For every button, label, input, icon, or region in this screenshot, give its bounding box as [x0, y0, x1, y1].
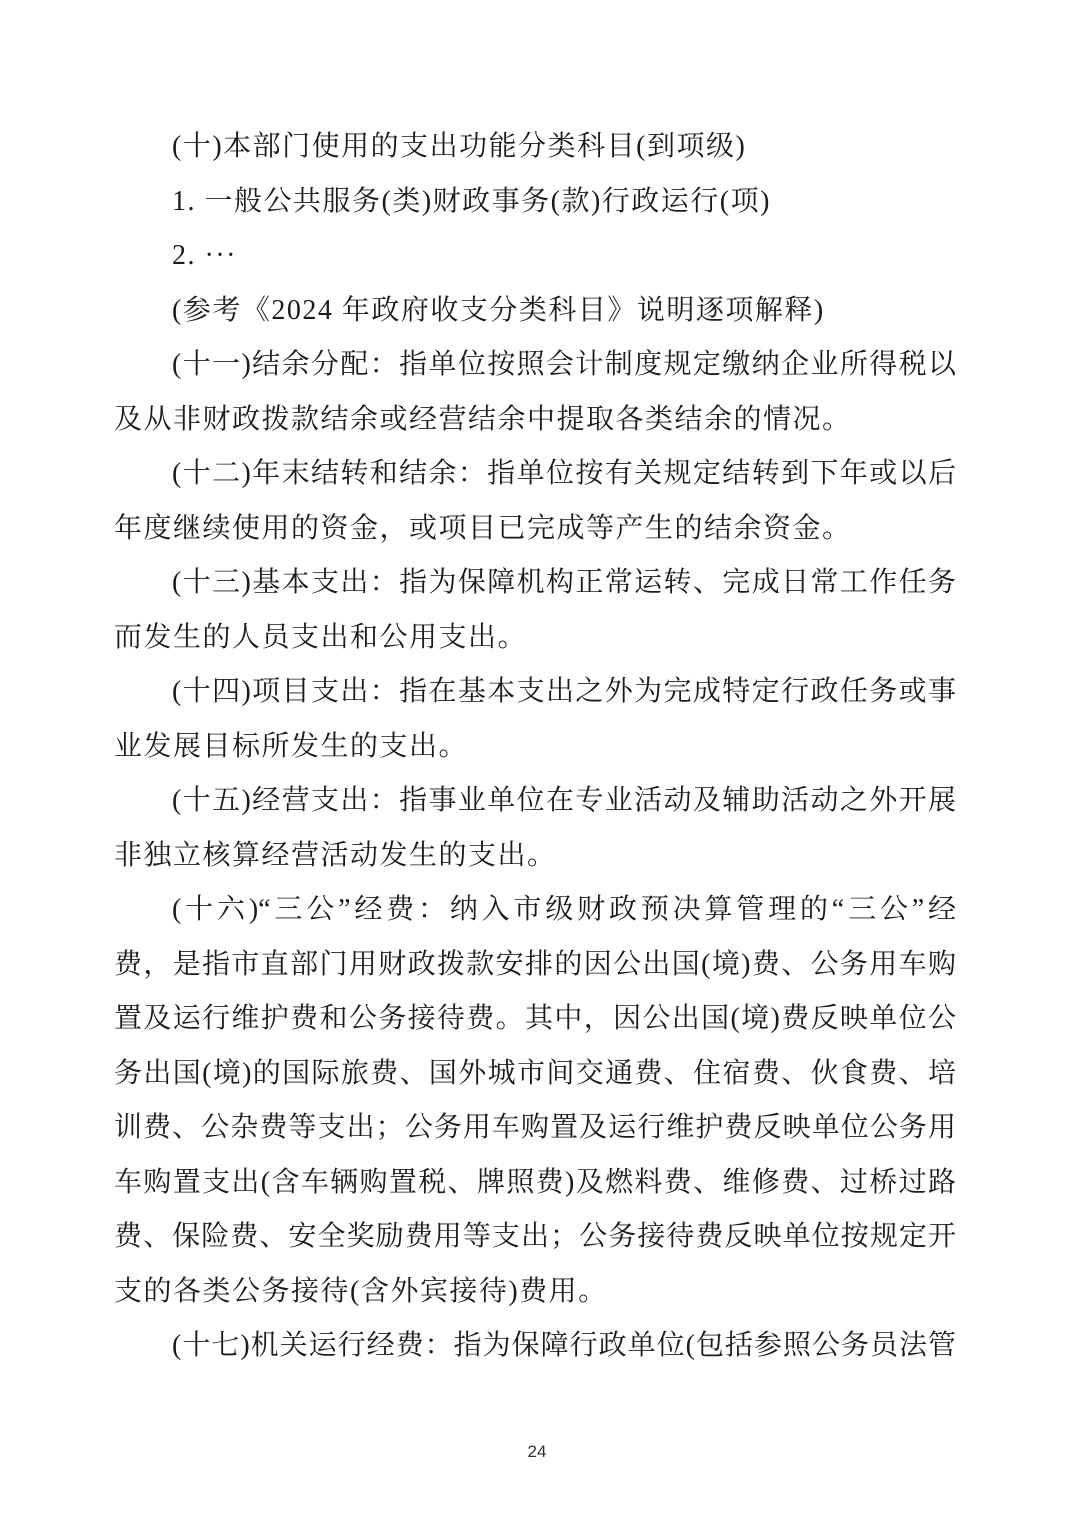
text-line: (十二)年末结转和结余：指单位按有关规定结转到下年或以后	[114, 447, 956, 502]
text-line: 车购置支出(含车辆购置税、牌照费)及燃料费、维修费、过桥过路	[114, 1156, 956, 1211]
document-body: (十)本部门使用的支出功能分类科目(到项级)1. 一般公共服务(类)财政事务(款…	[114, 120, 956, 1374]
text-line: 务出国(境)的国际旅费、国外城市间交通费、住宿费、伙食费、培	[114, 1047, 956, 1102]
text-line: 2. ···	[114, 229, 956, 284]
text-line: (十一)结余分配：指单位按照会计制度规定缴纳企业所得税以	[114, 338, 956, 393]
text-line: (十五)经营支出：指事业单位在专业活动及辅助活动之外开展	[114, 774, 956, 829]
text-line: 支的各类公务接待(含外宾接待)费用。	[114, 1265, 956, 1320]
text-line: (十三)基本支出：指为保障机构正常运转、完成日常工作任务	[114, 556, 956, 611]
text-line: 年度继续使用的资金，或项目已完成等产生的结余资金。	[114, 502, 956, 557]
text-line: (十)本部门使用的支出功能分类科目(到项级)	[114, 120, 956, 175]
text-line: 及从非财政拨款结余或经营结余中提取各类结余的情况。	[114, 393, 956, 448]
text-line: 业发展目标所发生的支出。	[114, 720, 956, 775]
text-line: (十七)机关运行经费：指为保障行政单位(包括参照公务员法管	[114, 1319, 956, 1374]
text-line: 非独立核算经营活动发生的支出。	[114, 829, 956, 884]
text-line: 而发生的人员支出和公用支出。	[114, 611, 956, 666]
text-line: 训费、公杂费等支出；公务用车购置及运行维护费反映单位公务用	[114, 1101, 956, 1156]
page-number: 24	[0, 1442, 1074, 1462]
text-line: 费、保险费、安全奖励费用等支出；公务接待费反映单位按规定开	[114, 1210, 956, 1265]
document-page: (十)本部门使用的支出功能分类科目(到项级)1. 一般公共服务(类)财政事务(款…	[0, 0, 1074, 1520]
text-line: 置及运行维护费和公务接待费。其中，因公出国(境)费反映单位公	[114, 992, 956, 1047]
text-line: 1. 一般公共服务(类)财政事务(款)行政运行(项)	[114, 175, 956, 230]
text-line: (十四)项目支出：指在基本支出之外为完成特定行政任务或事	[114, 665, 956, 720]
text-line: (参考《2024 年政府收支分类科目》说明逐项解释)	[114, 284, 956, 339]
text-line: 费，是指市直部门用财政拨款安排的因公出国(境)费、公务用车购	[114, 938, 956, 993]
text-line: (十六)“三公”经费：纳入市级财政预决算管理的“三公”经	[114, 883, 956, 938]
